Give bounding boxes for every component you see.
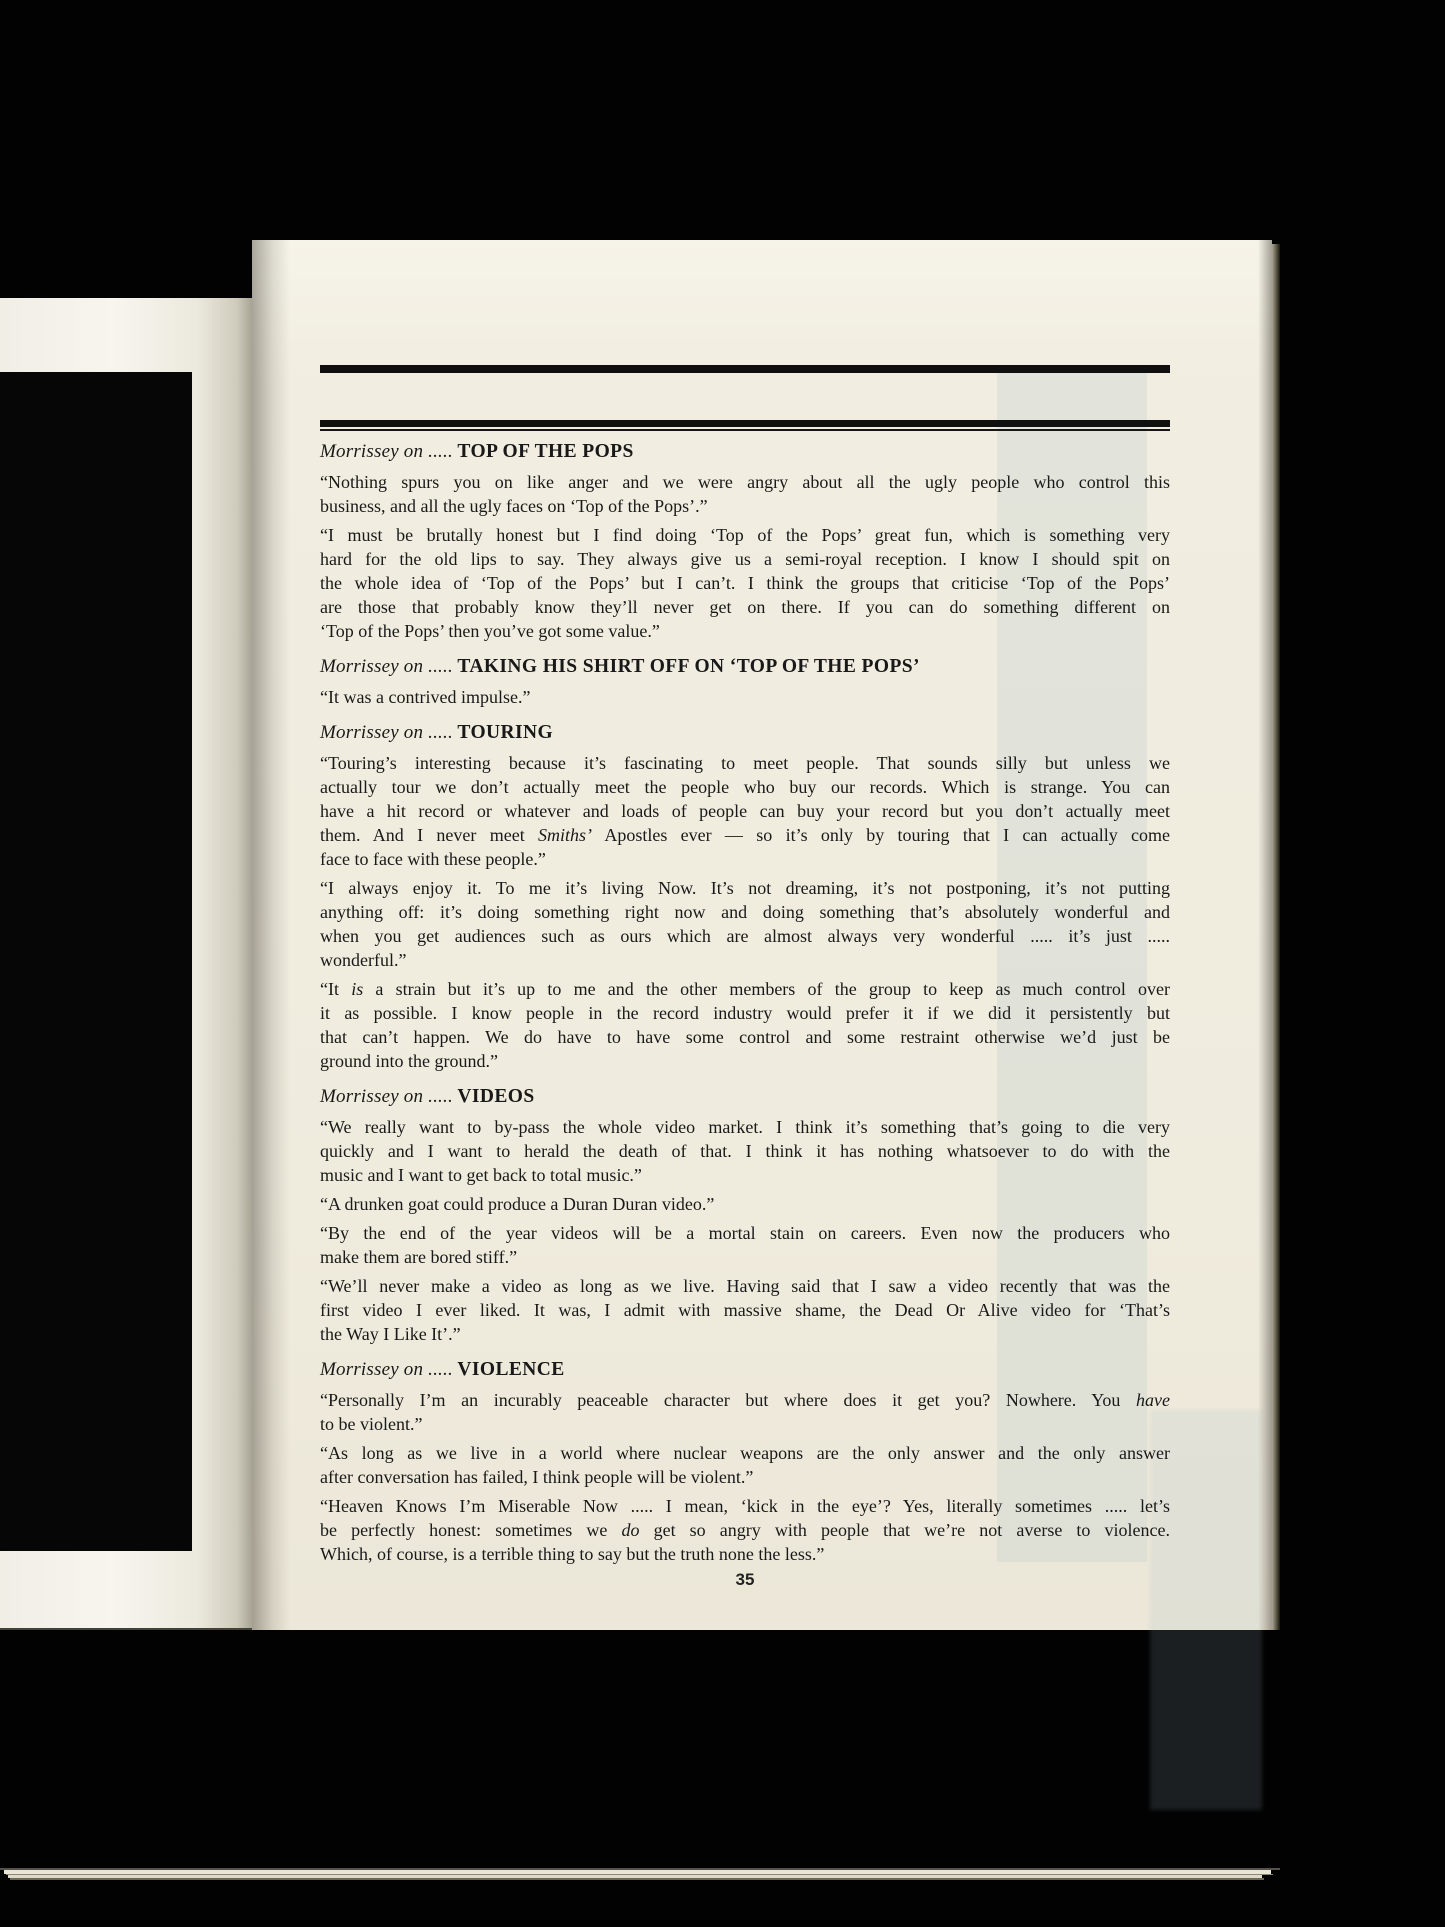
section-heading-prefix: Morrissey on ..... <box>320 441 453 462</box>
text-line: “Heaven Knows I’m Miserable Now ..... I … <box>320 1494 1170 1518</box>
quote-paragraph: “Nothing spurs you on like anger and we … <box>320 470 1170 518</box>
section-heading-prefix: Morrissey on ..... <box>320 1086 453 1107</box>
text-line: them. And I never meet Smiths’ Apostles … <box>320 823 1170 847</box>
section-heading-topic: TOURING <box>457 722 553 743</box>
text-line: face to face with these people.” <box>320 847 1170 871</box>
text-line: “We’ll never make a video as long as we … <box>320 1274 1170 1298</box>
quote-paragraph: “Heaven Knows I’m Miserable Now ..... I … <box>320 1494 1170 1566</box>
right-page: Morrissey on ..... TOP OF THE POPS“Nothi… <box>252 240 1272 1630</box>
section-heading-topic: VIDEOS <box>457 1086 534 1107</box>
page-stack-right-edge <box>1272 244 1280 1630</box>
text-line: “It is a strain but it’s up to me and th… <box>320 977 1170 1001</box>
text-line: “I always enjoy it. To me it’s living No… <box>320 876 1170 900</box>
section-heading-topic: TOP OF THE POPS <box>457 441 633 462</box>
book-gutter-shadow <box>252 240 290 1630</box>
text-line: “Nothing spurs you on like anger and we … <box>320 470 1170 494</box>
text-line: ground into the ground.” <box>320 1049 1170 1073</box>
text-line: after conversation has failed, I think p… <box>320 1465 1170 1489</box>
left-facing-page <box>0 298 252 1630</box>
text-line: first video I ever liked. It was, I admi… <box>320 1298 1170 1322</box>
text-line: it as possible. I know people in the rec… <box>320 1001 1170 1025</box>
quote-paragraph: “We really want to by-pass the whole vid… <box>320 1115 1170 1187</box>
text-line: “I must be brutally honest but I find do… <box>320 523 1170 547</box>
section-heading: Morrissey on ..... TAKING HIS SHIRT OFF … <box>320 653 1170 680</box>
quote-paragraph: “As long as we live in a world where nuc… <box>320 1441 1170 1489</box>
quote-paragraph: “By the end of the year videos will be a… <box>320 1221 1170 1269</box>
text-line: music and I want to get back to total mu… <box>320 1163 1170 1187</box>
text-line: ‘Top of the Pops’ then you’ve got some v… <box>320 619 1170 643</box>
text-line: make them are bored stiff.” <box>320 1245 1170 1269</box>
section-heading-prefix: Morrissey on ..... <box>320 1359 453 1380</box>
quote-paragraph: “Personally I’m an incurably peaceable c… <box>320 1388 1170 1436</box>
quote-paragraph: “It was a contrived impulse.” <box>320 685 1170 709</box>
text-line: business, and all the ugly faces on ‘Top… <box>320 494 1170 518</box>
section-heading-topic: VIOLENCE <box>457 1359 564 1380</box>
section: Morrissey on ..... TAKING HIS SHIRT OFF … <box>320 653 1170 709</box>
text-line: to be violent.” <box>320 1412 1170 1436</box>
text-line: actually tour we don’t actually meet the… <box>320 775 1170 799</box>
text-line: anything off: it’s doing something right… <box>320 900 1170 924</box>
text-line: “By the end of the year videos will be a… <box>320 1221 1170 1245</box>
section: Morrissey on ..... VIDEOS“We really want… <box>320 1083 1170 1346</box>
section: Morrissey on ..... TOURING“Touring’s int… <box>320 719 1170 1073</box>
section-heading-topic: TAKING HIS SHIRT OFF ON ‘TOP OF THE POPS… <box>457 656 919 677</box>
section-heading: Morrissey on ..... TOURING <box>320 719 1170 746</box>
text-line: quickly and I want to herald the death o… <box>320 1139 1170 1163</box>
quote-paragraph: “Touring’s interesting because it’s fasc… <box>320 751 1170 871</box>
text-line: that can’t happen. We do have to have so… <box>320 1025 1170 1049</box>
page-edge-line <box>10 1878 1264 1880</box>
section-heading-prefix: Morrissey on ..... <box>320 656 453 677</box>
text-line: are those that probably know they’ll nev… <box>320 595 1170 619</box>
text-line: be perfectly honest: sometimes we do get… <box>320 1518 1170 1542</box>
quote-paragraph: “It is a strain but it’s up to me and th… <box>320 977 1170 1073</box>
section-heading-prefix: Morrissey on ..... <box>320 722 453 743</box>
text-line: “A drunken goat could produce a Duran Du… <box>320 1192 1170 1216</box>
double-horizontal-rule <box>320 420 1170 431</box>
left-page-bottom-edge <box>0 1628 252 1630</box>
text-line: “We really want to by-pass the whole vid… <box>320 1115 1170 1139</box>
quote-paragraph: “I always enjoy it. To me it’s living No… <box>320 876 1170 972</box>
quote-paragraph: “I must be brutally honest but I find do… <box>320 523 1170 643</box>
text-line: hard for the old lips to say. They alway… <box>320 547 1170 571</box>
text-line: “Touring’s interesting because it’s fasc… <box>320 751 1170 775</box>
top-horizontal-rule <box>320 365 1170 373</box>
left-page-black-print <box>0 372 192 1551</box>
section-heading: Morrissey on ..... TOP OF THE POPS <box>320 438 1170 465</box>
page-number: 35 <box>320 1570 1170 1590</box>
text-line: wonderful.” <box>320 948 1170 972</box>
text-line: Which, of course, is a terrible thing to… <box>320 1542 1170 1566</box>
section-heading: Morrissey on ..... VIDEOS <box>320 1083 1170 1110</box>
quote-paragraph: “We’ll never make a video as long as we … <box>320 1274 1170 1346</box>
text-line: “As long as we live in a world where nuc… <box>320 1441 1170 1465</box>
text-line: “It was a contrived impulse.” <box>320 685 1170 709</box>
text-column: Morrissey on ..... TOP OF THE POPS“Nothi… <box>320 438 1170 1566</box>
text-line: when you get audiences such as ours whic… <box>320 924 1170 948</box>
quote-paragraph: “A drunken goat could produce a Duran Du… <box>320 1192 1170 1216</box>
text-line: “Personally I’m an incurably peaceable c… <box>320 1388 1170 1412</box>
section: Morrissey on ..... TOP OF THE POPS“Nothi… <box>320 438 1170 643</box>
section-heading: Morrissey on ..... VIOLENCE <box>320 1356 1170 1383</box>
text-line: the Way I Like It’.” <box>320 1322 1170 1346</box>
section: Morrissey on ..... VIOLENCE“Personally I… <box>320 1356 1170 1566</box>
text-line: the whole idea of ‘Top of the Pops’ but … <box>320 571 1170 595</box>
book-photo: Morrissey on ..... TOP OF THE POPS“Nothi… <box>0 0 1445 1927</box>
text-line: have a hit record or whatever and loads … <box>320 799 1170 823</box>
